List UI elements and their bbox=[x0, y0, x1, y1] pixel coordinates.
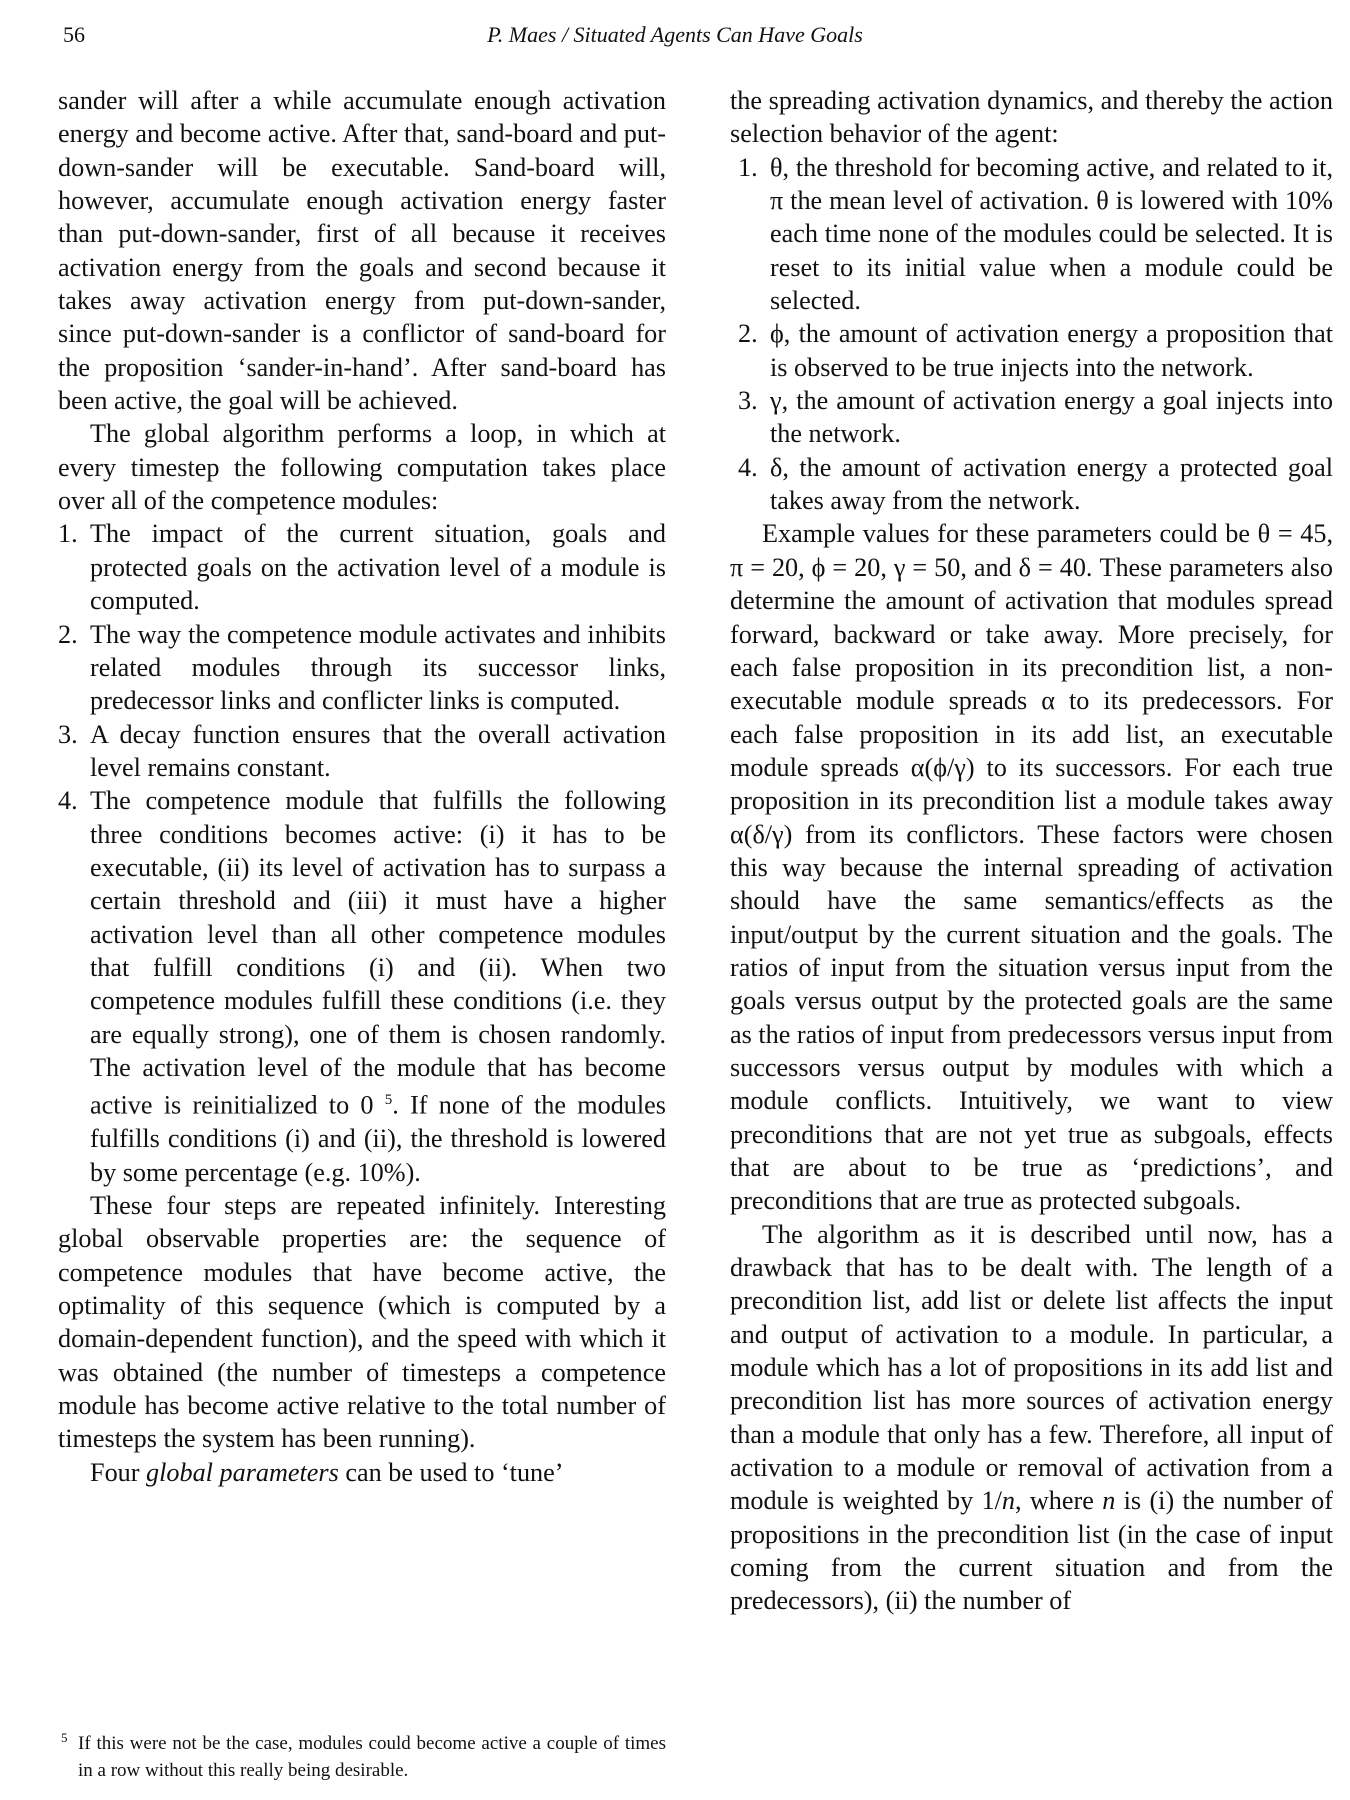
footnote-text: If this were not be the case, modules co… bbox=[58, 1730, 666, 1784]
list-number: 4. bbox=[738, 451, 770, 518]
list-number: 1. bbox=[738, 151, 770, 318]
list-text: γ, the amount of activation energy a goa… bbox=[770, 384, 1333, 451]
list-number: 2. bbox=[58, 618, 90, 718]
paragraph: the spreading activation dynamics, and t… bbox=[730, 84, 1333, 151]
paragraph: These four steps are repeated infinitely… bbox=[58, 1189, 666, 1456]
list-text: θ, the threshold for becoming active, an… bbox=[770, 151, 1333, 318]
list-item: 1. θ, the threshold for becoming active,… bbox=[730, 151, 1333, 318]
paragraph: Four global parameters can be used to ‘t… bbox=[58, 1456, 666, 1489]
text-run: Four bbox=[90, 1458, 146, 1487]
page-header: 56 P. Maes / Situated Agents Can Have Go… bbox=[0, 18, 1350, 54]
list-text: ϕ, the amount of activation energy a pro… bbox=[770, 317, 1333, 384]
paragraph: Example values for these parameters coul… bbox=[730, 517, 1333, 1217]
text-run: , where bbox=[1015, 1486, 1102, 1515]
list-text: The impact of the current situation, goa… bbox=[90, 517, 666, 617]
list-number: 3. bbox=[738, 384, 770, 451]
list-item: 2. The way the competence module activat… bbox=[58, 618, 666, 718]
list-item: 3. γ, the amount of activation energy a … bbox=[730, 384, 1333, 451]
list-item: 2. ϕ, the amount of activation energy a … bbox=[730, 317, 1333, 384]
math-variable: n bbox=[1102, 1486, 1115, 1515]
list-text: A decay function ensures that the overal… bbox=[90, 718, 666, 785]
emphasis: global parameters bbox=[146, 1458, 339, 1487]
math-variable: n bbox=[1002, 1486, 1015, 1515]
list-number: 3. bbox=[58, 718, 90, 785]
list-number: 1. bbox=[58, 517, 90, 617]
text-run: The algorithm as it is described until n… bbox=[730, 1220, 1333, 1516]
list-text: The way the competence module activates … bbox=[90, 618, 666, 718]
list-item: 4. δ, the amount of activation energy a … bbox=[730, 451, 1333, 518]
list-item: 3. A decay function ensures that the ove… bbox=[58, 718, 666, 785]
list-text: δ, the amount of activation energy a pro… bbox=[770, 451, 1333, 518]
list-number: 4. bbox=[58, 784, 90, 1189]
left-column: sander will after a while accumulate eno… bbox=[58, 84, 666, 1489]
text-run: The competence module that fulfills the … bbox=[90, 786, 666, 1120]
footnote: 5 If this were not be the case, modules … bbox=[58, 1730, 666, 1784]
list-item: 4. The competence module that fulfills t… bbox=[58, 784, 666, 1189]
list-number: 2. bbox=[738, 317, 770, 384]
paragraph: The algorithm as it is described until n… bbox=[730, 1218, 1333, 1618]
text-run: can be used to ‘tune’ bbox=[339, 1458, 564, 1487]
list-text: The competence module that fulfills the … bbox=[90, 784, 666, 1189]
paragraph: sander will after a while accumulate eno… bbox=[58, 84, 666, 417]
running-title: P. Maes / Situated Agents Can Have Goals bbox=[0, 22, 1350, 48]
footnote-mark: 5 bbox=[61, 1724, 68, 1751]
right-column: the spreading activation dynamics, and t… bbox=[730, 84, 1333, 1618]
list-item: 1. The impact of the current situation, … bbox=[58, 517, 666, 617]
paragraph: The global algorithm performs a loop, in… bbox=[58, 417, 666, 517]
